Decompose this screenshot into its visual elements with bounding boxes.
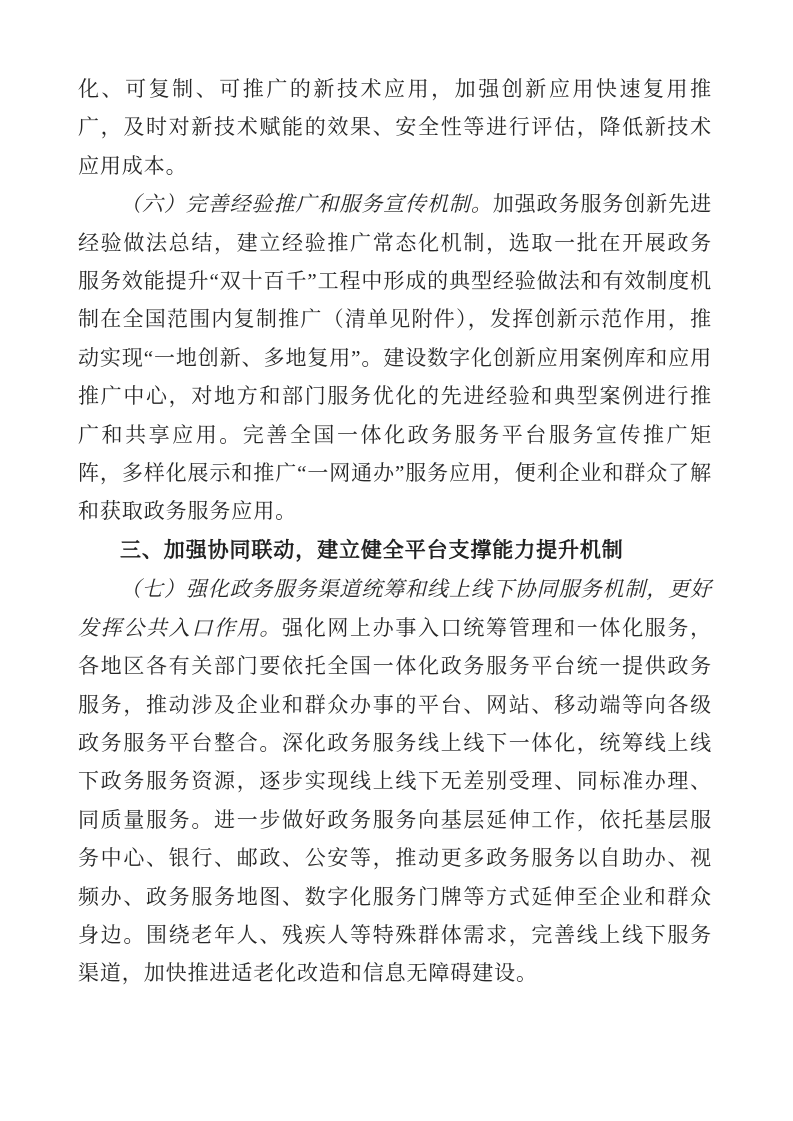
- text-segment-regular: 加强政务服务创新先进经验做法总结，建立经验推广常态化机制，选取一批在开展政务服务…: [78, 192, 712, 523]
- text-segment-kai: （六）完善经验推广和服务宣传机制。: [120, 192, 493, 216]
- paragraph: （六）完善经验推广和服务宣传机制。加强政务服务创新先进经验做法总结，建立经验推广…: [78, 185, 712, 531]
- paragraph: 化、可复制、可推广的新技术应用，加强创新应用快速复用推广，及时对新技术赋能的效果…: [78, 70, 712, 185]
- text-segment-regular: 强化网上办事入口统筹管理和一体化服务，各地区各有关部门要依托全国一体化政务服务平…: [78, 616, 712, 986]
- section-heading: 三、加强协同联动，建立健全平台支撑能力提升机制: [78, 531, 712, 570]
- document-content: 化、可复制、可推广的新技术应用，加强创新应用快速复用推广，及时对新技术赋能的效果…: [78, 70, 712, 993]
- text-segment-regular: 化、可复制、可推广的新技术应用，加强创新应用快速复用推广，及时对新技术赋能的效果…: [78, 77, 712, 178]
- text-segment-bold: 三、加强协同联动，建立健全平台支撑能力提升机制: [120, 539, 624, 562]
- document-page: 化、可复制、可推广的新技术应用，加强创新应用快速复用推广，及时对新技术赋能的效果…: [0, 0, 793, 1121]
- paragraph: （七）强化政务服务渠道统筹和线上线下协同服务机制，更好发挥公共入口作用。强化网上…: [78, 570, 712, 992]
